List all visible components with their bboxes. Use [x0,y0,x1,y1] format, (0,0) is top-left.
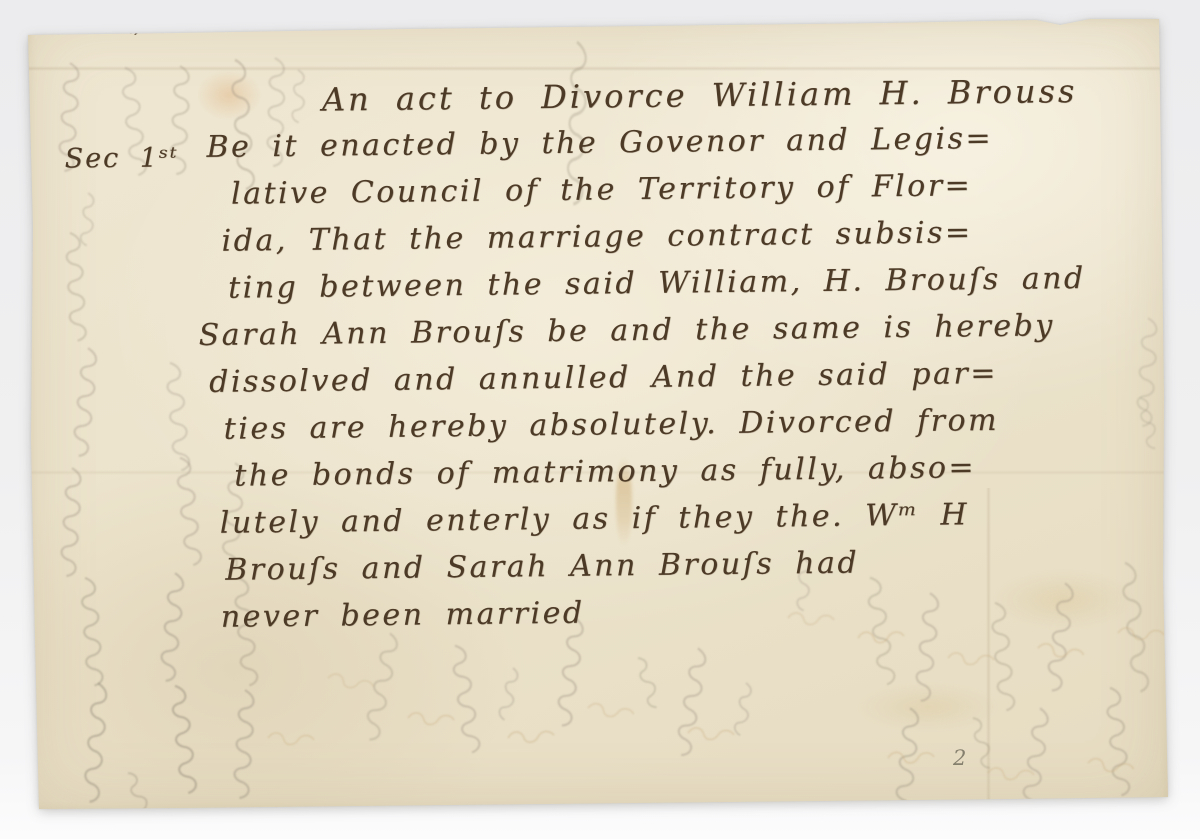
paper-shadow-wrap: ″ An act to Divorce William H. Brouss Se… [28,18,1169,811]
manuscript-paper: ″ An act to Divorce William H. Brouss Se… [28,18,1169,811]
manuscript-line: lutely and enterly as if they the. Wᵐ H [220,497,970,540]
manuscript-line: lative Council of the Territory of Flor= [231,168,973,211]
manuscript-text: An act to Divorce William H. Brouss Sec … [19,5,1169,811]
manuscript-line: dissolved and annulled And the said par= [209,356,998,400]
manuscript-line: ties are hereby absolutely. Divorced fro… [223,403,999,447]
act-title-line: An act to Divorce William H. Brouss [322,72,1078,119]
manuscript-line: ting between the said William, H. Brouſs… [228,261,1086,306]
section-label: Sec 1ˢᵗ [64,142,178,174]
manuscript-line: never been married [221,596,585,635]
scan-background: ″ An act to Divorce William H. Brouss Se… [0,0,1200,839]
page-number: 2 [953,746,967,770]
manuscript-line: Sarah Ann Brouſs be and the same is here… [198,308,1054,353]
manuscript-line: the bonds of matrimony as fully, abso= [234,450,976,493]
manuscript-line: ida, That the marriage contract subsis= [221,215,972,259]
manuscript-line: Be it enacted by the Govenor and Legis= [206,121,993,165]
manuscript-line: Brouſs and Sarah Ann Brouſs had [225,546,859,588]
